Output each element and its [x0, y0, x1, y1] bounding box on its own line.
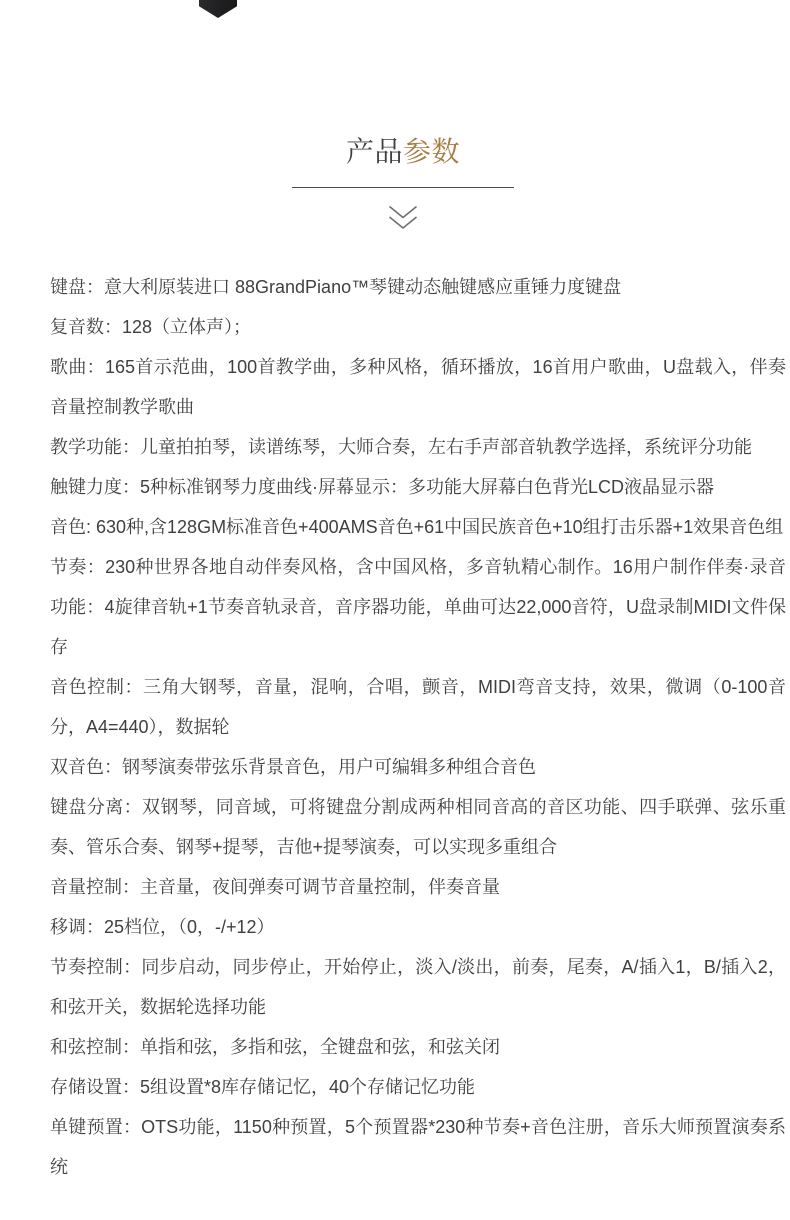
spec-item: 和弦控制：单指和弦，多指和弦，全键盘和弦，和弦关闭	[50, 1027, 786, 1067]
section-title: 产品参数	[346, 136, 460, 168]
spec-item: 触键力度：5种标准钢琴力度曲线·屏幕显示：多功能大屏幕白色背光LCD液晶显示器	[50, 467, 786, 507]
spec-item: 复音数：128（立体声）；	[50, 307, 786, 347]
spec-item: 音色控制：三角大钢琴，音量，混响，合唱，颤音，MIDI弯音支持，效果，微调（0-…	[50, 667, 786, 747]
section-header: 产品参数	[292, 136, 514, 232]
double-chevron-down-icon	[388, 204, 418, 232]
spec-item: 键盘分离：双钢琴，同音域，可将键盘分割成两种相同音高的音区功能、四手联弹、弦乐重…	[50, 787, 786, 867]
spec-item: 音色: 630种,含128GM标准音色+400AMS音色+61中国民族音色+10…	[50, 507, 786, 547]
spec-item: 键盘：意大利原装进口 88GrandPiano™琴键动态触键感应重锤力度键盘	[50, 267, 786, 307]
spec-item: 歌曲：165首示范曲，100首教学曲，多种风格，循环播放，16首用户歌曲，U盘载…	[50, 347, 786, 427]
spec-list: 键盘：意大利原装进口 88GrandPiano™琴键动态触键感应重锤力度键盘复音…	[50, 267, 786, 1187]
spec-item: 节奏：230种世界各地自动伴奏风格，含中国风格，多音轨精心制作。16用户制作伴奏…	[50, 547, 786, 667]
spec-item: 单键预置：OTS功能，1150种预置，5个预置器*230种节奏+音色注册，音乐大…	[50, 1107, 786, 1187]
spec-item: 存储设置：5组设置*8库存储记忆，40个存储记忆功能	[50, 1067, 786, 1107]
spec-item: 节奏控制：同步启动，同步停止，开始停止，淡入/淡出，前奏，尾奏，A/插入1，B/…	[50, 947, 786, 1027]
brand-badge-tip	[199, 0, 237, 18]
section-title-accent: 参数	[403, 136, 460, 167]
spec-item: 双音色：钢琴演奏带弦乐背景音色，用户可编辑多种组合音色	[50, 747, 786, 787]
spec-item: 教学功能：儿童拍拍琴，读谱练琴，大师合奏，左右手声部音轨教学选择，系统评分功能	[50, 427, 786, 467]
spec-item: 移调：25档位，（0，-/+12）	[50, 907, 786, 947]
spec-item: 音量控制：主音量，夜间弹奏可调节音量控制，伴奏音量	[50, 867, 786, 907]
section-title-primary: 产品	[346, 136, 403, 167]
title-underline	[292, 187, 514, 188]
